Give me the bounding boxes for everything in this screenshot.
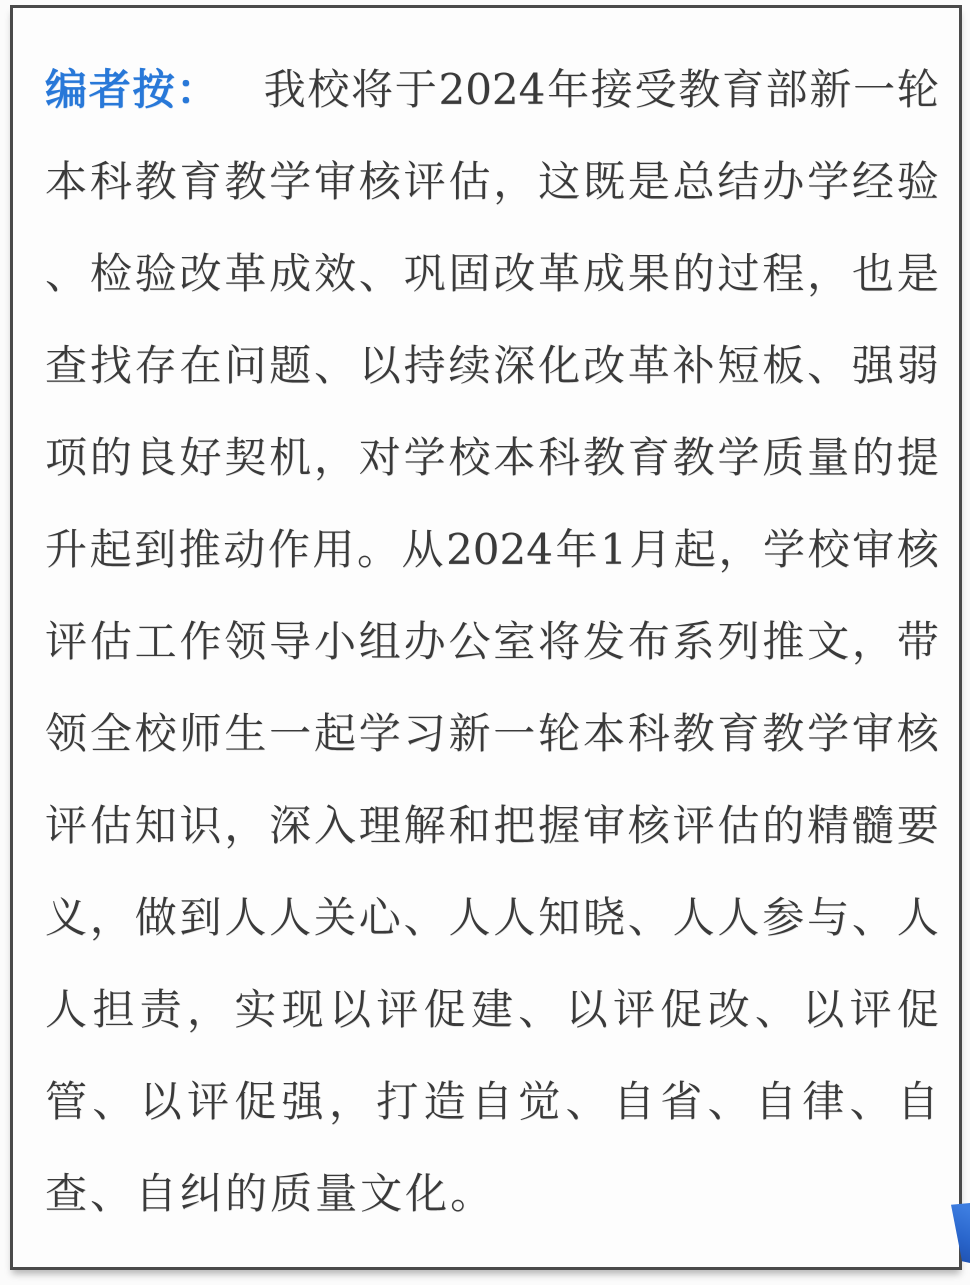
editor-note-card: 编者按： 我校将于2024年接受教育部新一轮本科教育教学审核评估，这既是总结办学… — [0, 0, 970, 1285]
text-line: 项的良好契机，对学校本科教育教学质量的提 — [45, 412, 939, 504]
text-line: 人担责，实现以评促建、以评促改、以评促 — [45, 964, 939, 1056]
text-line: 升起到推动作用。从2024年1月起，学校审核 — [45, 504, 939, 596]
text-line: 查找存在问题、以持续深化改革补短板、强弱 — [45, 320, 939, 412]
text-line: 义，做到人人关心、人人知晓、人人参与、人 — [45, 872, 939, 964]
note-frame: 编者按： 我校将于2024年接受教育部新一轮本科教育教学审核评估，这既是总结办学… — [10, 5, 962, 1270]
text-line: 领全校师生一起学习新一轮本科教育教学审核 — [45, 688, 939, 780]
text-line: 管、以评促强，打造自觉、自省、自律、自 — [45, 1056, 939, 1148]
text-line: 、检验改革成效、巩固改革成果的过程，也是 — [45, 228, 939, 320]
text-line: 编者按： 我校将于2024年接受教育部新一轮 — [45, 44, 939, 136]
text-line: 评估工作领导小组办公室将发布系列推文，带 — [45, 596, 939, 688]
article-text: 编者按： 我校将于2024年接受教育部新一轮本科教育教学审核评估，这既是总结办学… — [45, 44, 939, 1240]
text-line: 评估知识，深入理解和把握审核评估的精髓要 — [45, 780, 939, 872]
text-line: 查、自纠的质量文化。 — [45, 1148, 939, 1240]
text-line: 本科教育教学审核评估，这既是总结办学经验 — [45, 136, 939, 228]
